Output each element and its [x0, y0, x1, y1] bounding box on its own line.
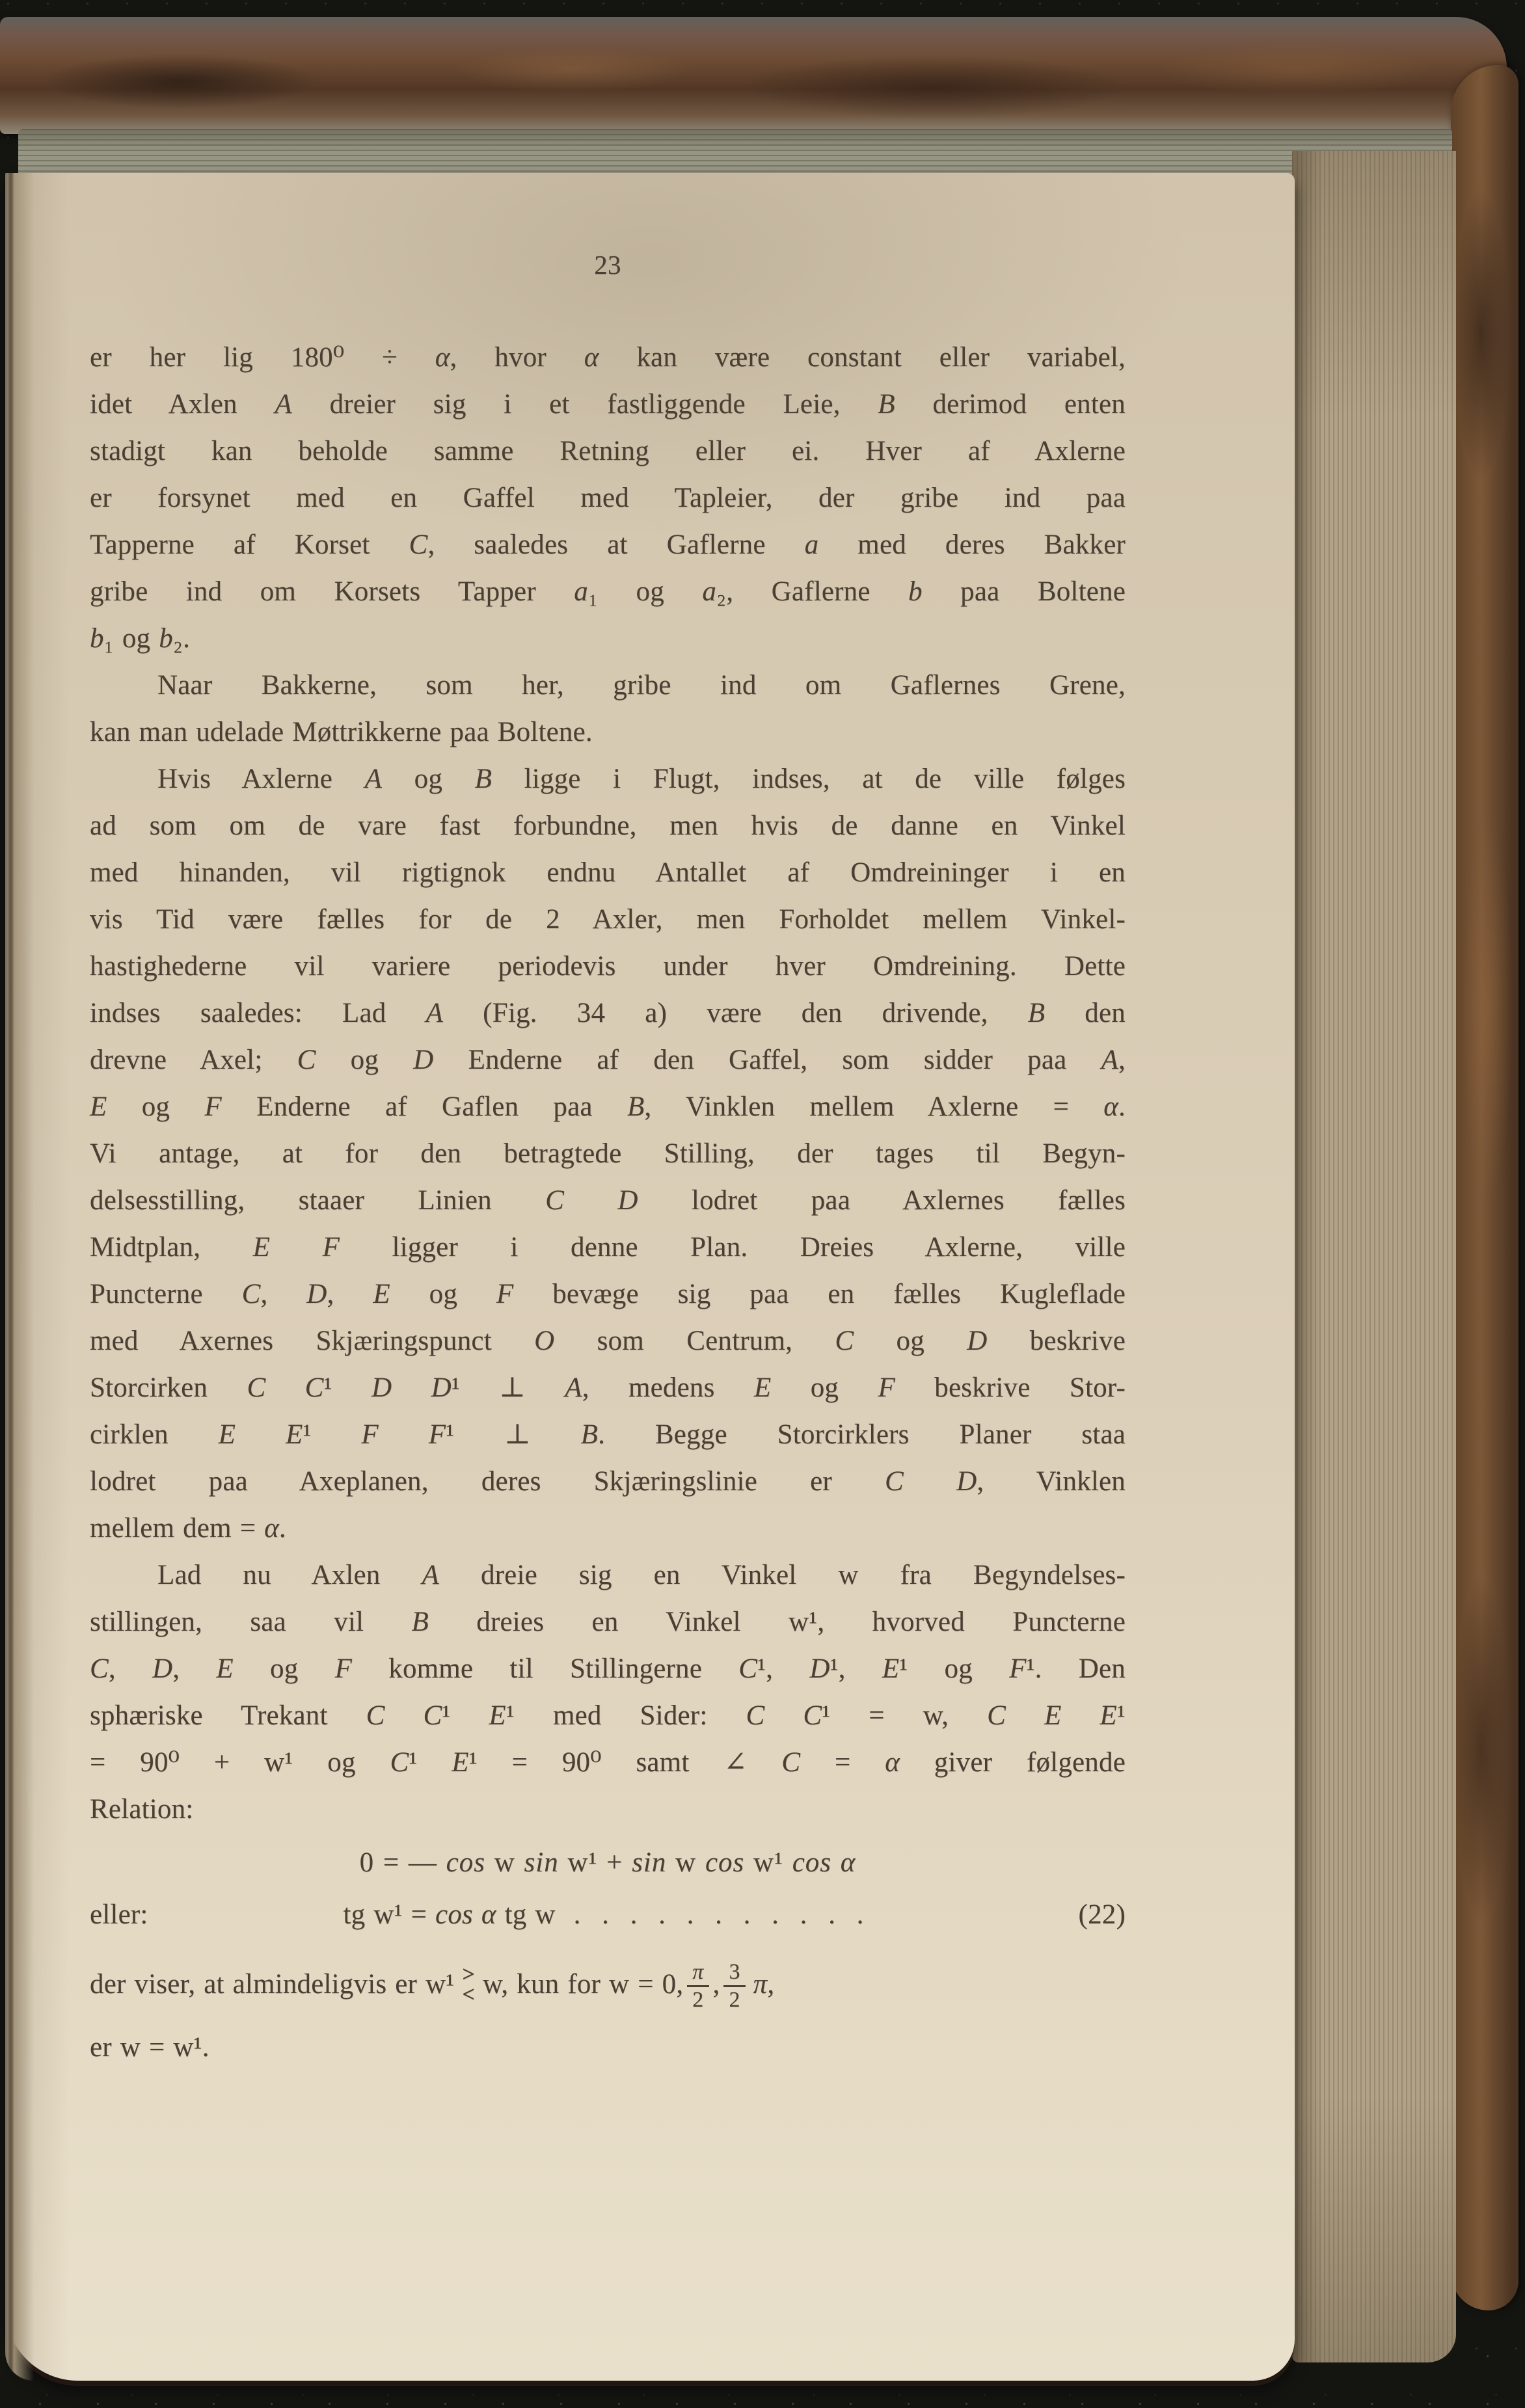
formula-area: 0 = — cos w sin w¹ + sin w cos w¹ cos α … [90, 1839, 1126, 2071]
fraction-separator: , [713, 1961, 720, 2008]
text-line: cirklen E E¹ F F¹ ⊥ B. Begge Storcirkler… [90, 1411, 1126, 1458]
equation-22-row: eller: tg w¹ = cos α tg w . . . . . . . … [90, 1892, 1126, 1938]
greater-or-less-symbol: > < [462, 1964, 475, 2005]
text-line: Puncterne C, D, E og F bevæge sig paa en… [90, 1271, 1126, 1318]
text-line: b₁ og b₂. [90, 615, 1126, 662]
text-line: stillingen, saa vil B dreies en Vinkel w… [90, 1599, 1126, 1646]
text-line: = 90⁰ + w¹ og C¹ E¹ = 90⁰ samt ∠ C = α g… [90, 1739, 1126, 1786]
text-line: Midtplan, E F ligger i denne Plan. Dreie… [90, 1224, 1126, 1271]
text-line: Relation: [90, 1786, 1126, 1833]
text-line: drevne Axel; C og D Enderne af den Gaffe… [90, 1037, 1126, 1084]
fraction-numerator: π [687, 1960, 709, 1987]
fraction-3-over-2: 3 2 [723, 1960, 745, 2012]
fraction-numerator: 3 [723, 1960, 745, 1987]
equation-main: 0 = — cos w sin w¹ + sin w cos w¹ cos α [90, 1839, 1126, 1886]
text-line: C, D, E og F komme til Stillingerne C¹, … [90, 1646, 1126, 1692]
text-line: gribe ind om Korsets Tapper a₁ og a₂, Ga… [90, 569, 1126, 615]
text-line: Storcirken C C¹ D D¹ ⊥ A, medens E og F … [90, 1365, 1126, 1411]
greater-than-glyph: > [462, 1964, 475, 1985]
inequality-text-middle: w, kun for w = 0, [483, 1961, 683, 2008]
scanned-book-photo: 23 er her lig 180⁰ ÷ α, hvor α kan være … [0, 0, 1525, 2408]
text-line: stadigt kan beholde samme Retning eller … [90, 428, 1126, 475]
text-line: Hvis Axlerne A og B ligge i Flugt, indse… [90, 756, 1126, 803]
equation-22: tg w¹ = cos α tg w [344, 1892, 556, 1938]
text-line: er forsynet med en Gaffel med Tapleier, … [90, 475, 1126, 522]
final-line: er w = w¹. [90, 2024, 1126, 2071]
text-line: sphæriske Trekant C C¹ E¹ med Sider: C C… [90, 1692, 1126, 1739]
text-line: mellem dem = α. [90, 1505, 1126, 1552]
page-number: 23 [90, 250, 1126, 280]
fraction-denominator: 2 [729, 1987, 740, 2012]
page-edges-top [18, 129, 1452, 178]
inequality-text-before: der viser, at almindeligvis er w¹ [90, 1961, 454, 2008]
less-than-glyph: < [462, 1985, 475, 2005]
text-line: Vi antage, at for den betragtede Stillin… [90, 1130, 1126, 1177]
inequality-text-after: π, [753, 1961, 775, 2008]
fraction-denominator: 2 [692, 1987, 703, 2012]
page-edges-fore-edge [1292, 151, 1456, 2362]
text-line: ad som om de vare fast forbundne, men hv… [90, 803, 1126, 849]
fraction-pi-over-2: π 2 [687, 1960, 709, 2012]
text-line: kan man udelade Møttrikkerne paa Boltene… [90, 709, 1126, 756]
equation-number: (22) [1079, 1892, 1126, 1938]
text-line: er her lig 180⁰ ÷ α, hvor α kan være con… [90, 334, 1126, 381]
text-line: Tapperne af Korset C, saaledes at Gafler… [90, 522, 1126, 569]
text-line: idet Axlen A dreier sig i et fastliggend… [90, 381, 1126, 428]
text-line: indses saaledes: Lad A (Fig. 34 a) være … [90, 990, 1126, 1037]
inequality-row: der viser, at almindeligvis er w¹ > < w,… [90, 1945, 1126, 2024]
text-line: med Axernes Skjæringspunct O som Centrum… [90, 1318, 1126, 1365]
book-page: 23 er her lig 180⁰ ÷ α, hvor α kan være … [5, 173, 1295, 2381]
eller-label: eller: [90, 1892, 148, 1938]
text-line: E og F Enderne af Gaflen paa B, Vinklen … [90, 1084, 1126, 1130]
text-line: vis Tid være fælles for de 2 Axler, men … [90, 896, 1126, 943]
text-line: Lad nu Axlen A dreie sig en Vinkel w fra… [90, 1552, 1126, 1599]
book-cover-right-edge [1451, 65, 1518, 2310]
text-line: med hinanden, vil rigtignok endnu Antall… [90, 849, 1126, 896]
text-line: delsesstilling, staaer Linien C D lodret… [90, 1177, 1126, 1224]
body-text: er her lig 180⁰ ÷ α, hvor α kan være con… [90, 334, 1126, 1833]
text-line: Naar Bakkerne, som her, gribe ind om Gaf… [90, 662, 1126, 709]
text-line: lodret paa Axeplanen, deres Skjæringslin… [90, 1458, 1126, 1505]
text-block: 23 er her lig 180⁰ ÷ α, hvor α kan være … [90, 250, 1126, 2071]
text-line: hastighederne vil variere periodevis und… [90, 943, 1126, 990]
dotted-leader: . . . . . . . . . . . [574, 1892, 870, 1938]
page-gutter-shadow [5, 173, 34, 2381]
book-cover-top-edge [0, 17, 1507, 134]
